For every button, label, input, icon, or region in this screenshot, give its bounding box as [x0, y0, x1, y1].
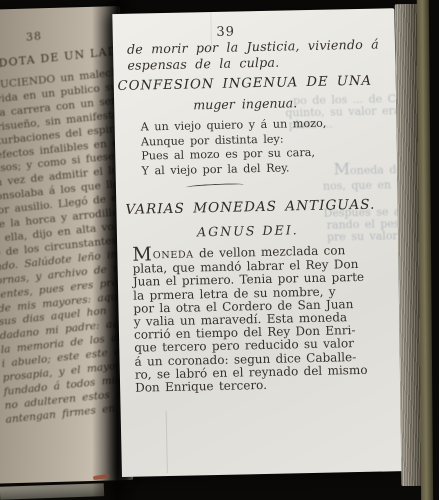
right-page: po de los ... de Carlos quinto, su valor…: [112, 8, 404, 477]
moneda-paragraph: MONEDA de vellon mezclada con plata, que…: [132, 243, 399, 395]
section-title-confesion: CONFESION INGENUA DE UNA: [114, 74, 376, 94]
section-divider: [186, 183, 244, 190]
ghost-drop-cap: M: [333, 159, 350, 178]
ghost-text: oneda de cobre de los roma-: [350, 161, 404, 178]
small-caps-word: ONEDA: [153, 249, 194, 261]
intro-line: espensas de la culpa.: [127, 55, 279, 73]
paragraph-line: Don Enrique tercero.: [135, 376, 399, 395]
verse-line: Y al viejo por la del Rey.: [141, 160, 327, 178]
page-crease: [166, 411, 168, 473]
book-board-bottom: [0, 483, 104, 500]
ghost-text-line: Moneda de cobre de los roma-: [333, 156, 404, 179]
open-book-photo: 38 ECDOTA DE UN LADRON. NDUCIENDO un mal…: [0, 0, 439, 500]
verse-block: A un viejo quiero y á un mozo, Aunque po…: [141, 117, 328, 179]
